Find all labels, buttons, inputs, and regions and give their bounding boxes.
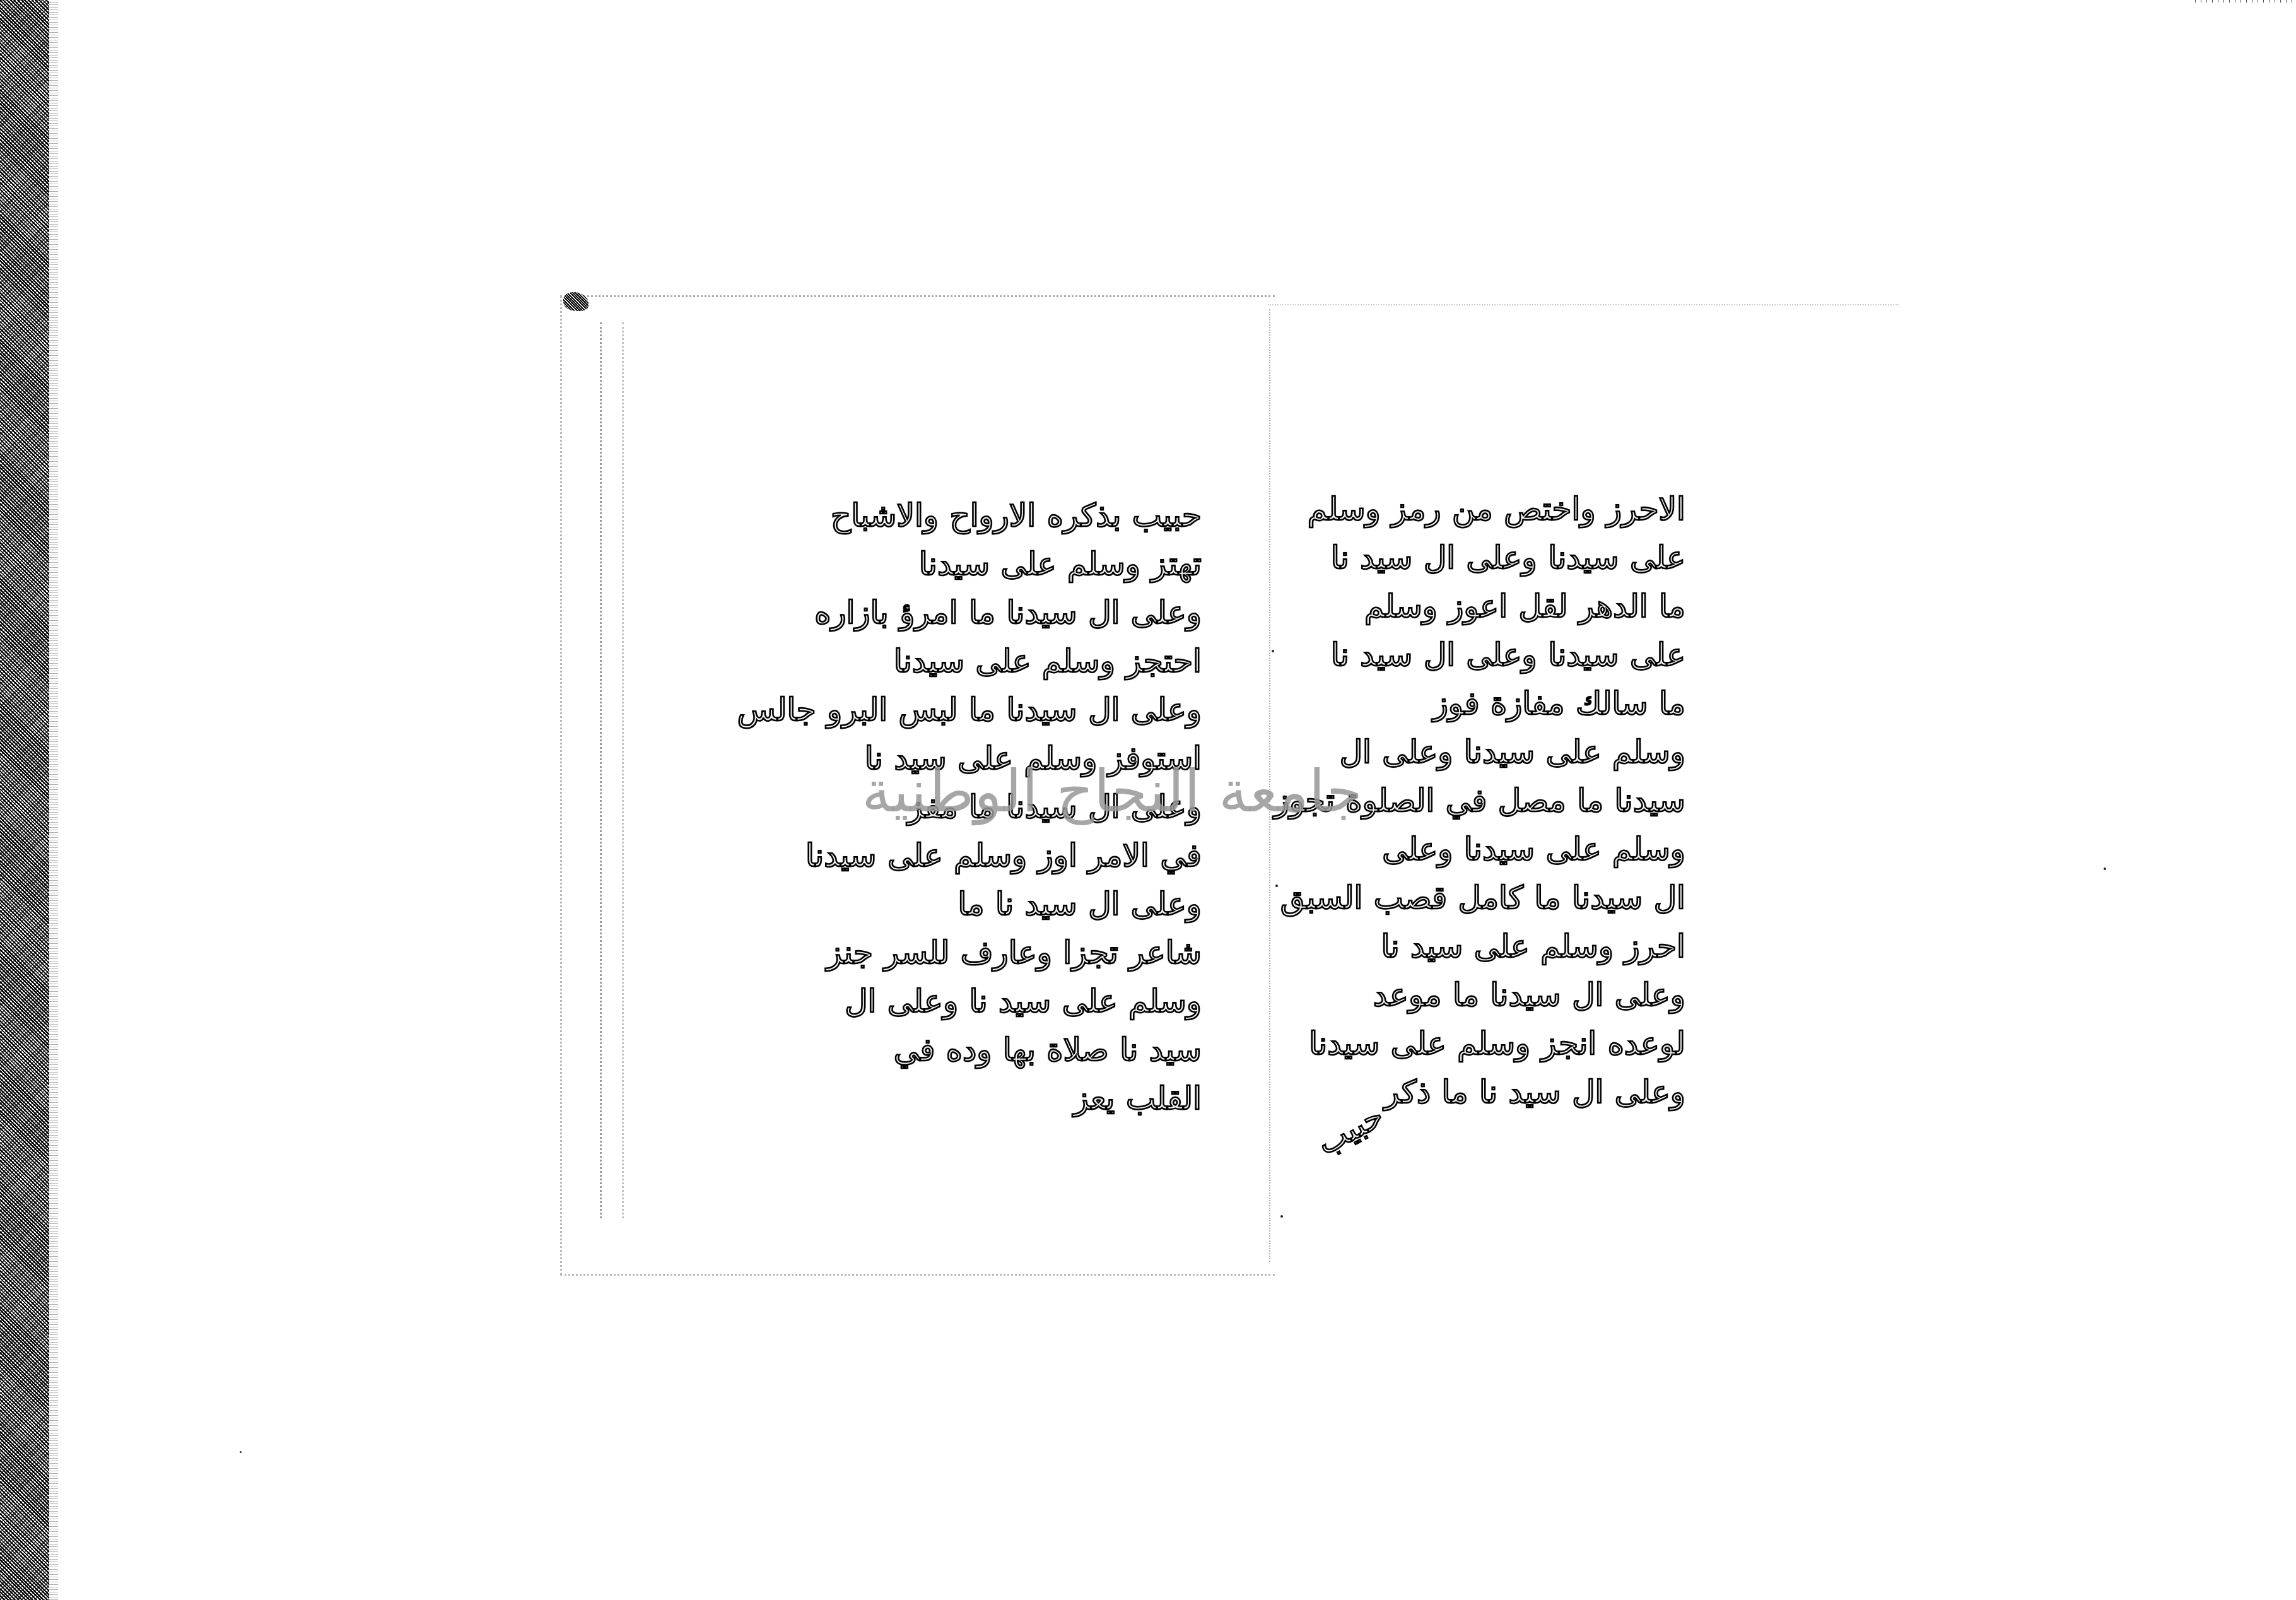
manuscript-line: وسلم على سيدنا وعلى <box>1294 825 1685 873</box>
manuscript-line: على سيدنا وعلى ال سيد نا <box>1294 630 1685 679</box>
manuscript-line: وعلى ال سيدنا ما مفز <box>773 782 1202 831</box>
page-border-rule <box>622 322 624 1218</box>
scan-speck <box>2104 868 2106 870</box>
manuscript-line: ال سيدنا ما كامل قصب السبق <box>1294 873 1685 922</box>
scan-noise <box>2195 0 2296 3</box>
scan-speck <box>1272 650 1274 652</box>
manuscript-line: سيد نا صلاة بها وده في <box>773 1025 1202 1074</box>
scan-dark-edge <box>0 0 49 1600</box>
manuscript-line: شاعر تجزا وعارف للسر جنز <box>773 928 1202 977</box>
manuscript-line: القلب يعز <box>773 1074 1202 1122</box>
manuscript-line: وعلى ال سيدنا ما امرؤ بازاره <box>773 588 1202 637</box>
manuscript-line: وعلى ال سيدنا ما موعد <box>1294 970 1685 1019</box>
right-page-text: الاحرز واختص من رمز وسلم على سيدنا وعلى … <box>1294 485 1685 1116</box>
left-page-text: حبيب بذكره الارواح والاشباح تهتز وسلم عل… <box>773 491 1202 1122</box>
manuscript-line: لوعده انجز وسلم على سيدنا <box>1294 1019 1685 1068</box>
manuscript-line: سيدنا ما مصل في الصلوة تجوز <box>1294 776 1685 825</box>
manuscript-line: في الامر اوز وسلم على سيدنا <box>773 831 1202 879</box>
manuscript-line: احرز وسلم على سيد نا <box>1294 922 1685 970</box>
manuscript-line: ما سالك مفازة فوز <box>1294 679 1685 727</box>
scan-speck <box>1275 885 1278 887</box>
manuscript-line: وعلى ال سيدنا ما لبس البرو جالس <box>773 685 1202 734</box>
scan-speck <box>240 1451 242 1453</box>
manuscript-line: ما الدهر لقل اعوز وسلم <box>1294 582 1685 630</box>
page-border-rule <box>600 322 602 1218</box>
manuscript-line: تهتز وسلم على سيدنا <box>773 539 1202 588</box>
scan-speck <box>1280 1215 1283 1218</box>
manuscript-line: على سيدنا وعلى ال سيد نا <box>1294 533 1685 582</box>
manuscript-line: حبيب بذكره الارواح والاشباح <box>773 491 1202 539</box>
manuscript-line: وسلم على سيد نا وعلى ال <box>773 977 1202 1025</box>
manuscript-line: وسلم على سيدنا وعلى ال <box>1294 727 1685 776</box>
manuscript-line: استوفز وسلم على سيد نا <box>773 734 1202 782</box>
manuscript-line: الاحرز واختص من رمز وسلم <box>1294 485 1685 533</box>
manuscript-line: وعلى ال سيد نا ما <box>773 879 1202 928</box>
manuscript-line: احتجز وسلم على سيدنا <box>773 637 1202 685</box>
